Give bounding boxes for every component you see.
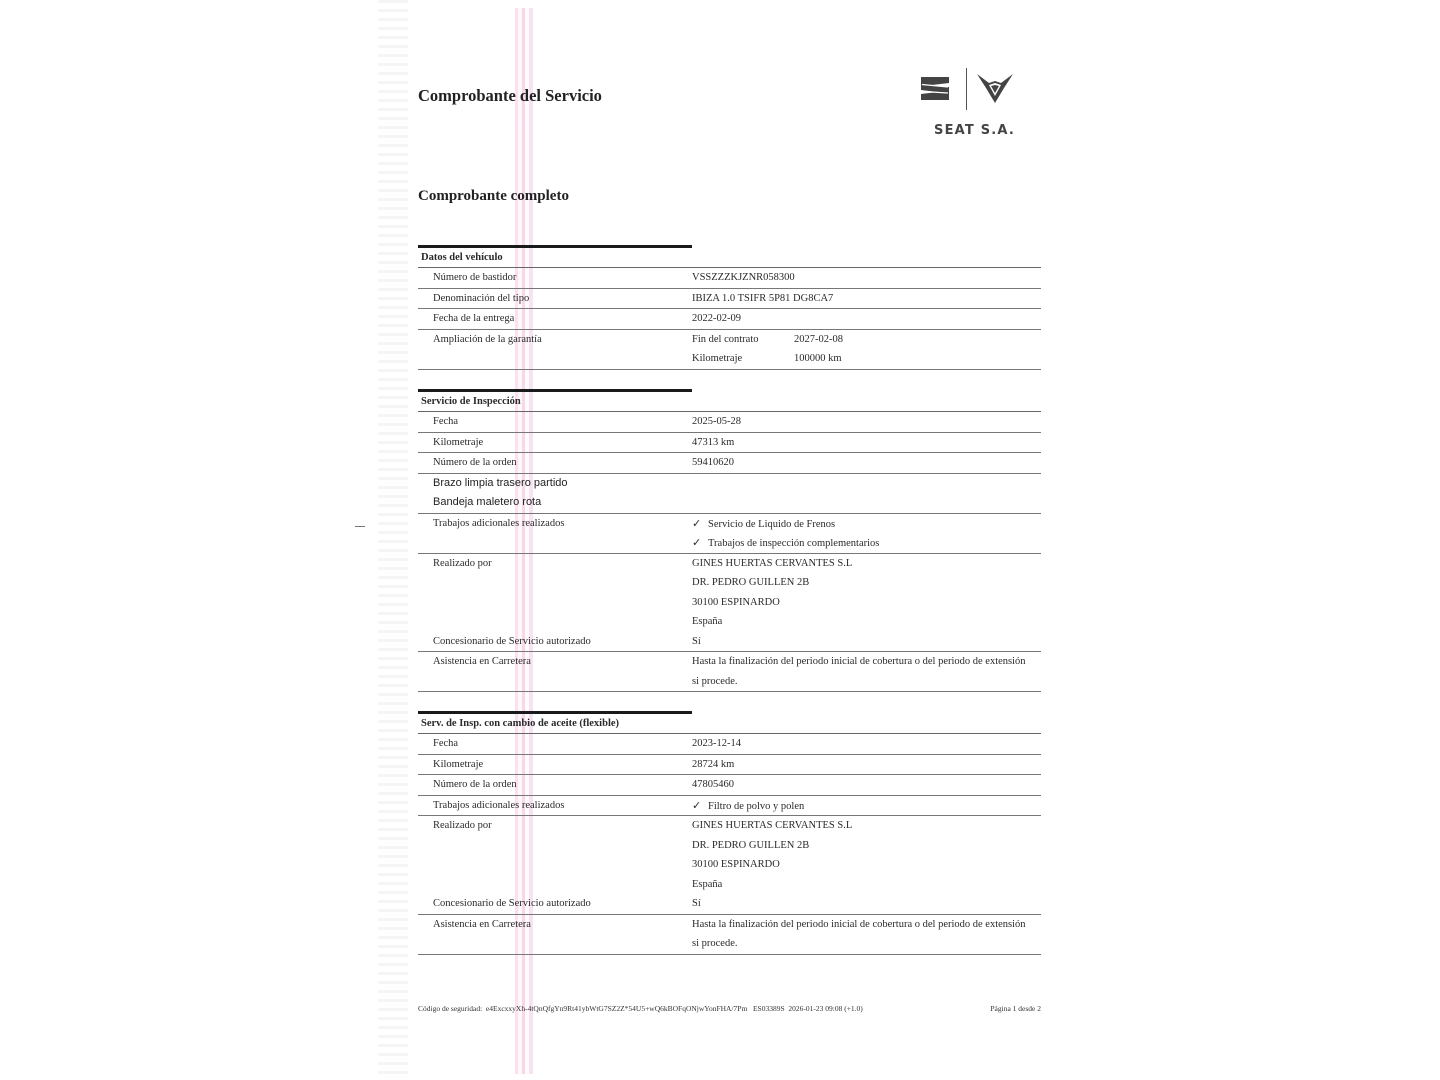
- row-value: IBIZA 1.0 TSIFR 5P81 DG8CA7: [692, 289, 1041, 309]
- assistance-text: Hasta la finalización del periodo inicia…: [692, 915, 1041, 935]
- row-label: Realizado por: [418, 816, 692, 836]
- table-row-performed-by: Realizado por GINES HUERTAS CERVANTES S.…: [418, 816, 1041, 894]
- table-row: Concesionario de Servicio autorizado Sí: [418, 894, 1041, 915]
- table-row: Concesionario de Servicio autorizado Sí: [418, 632, 1041, 653]
- row-value: 47805460: [692, 775, 1041, 795]
- page-sep: desde: [1018, 1004, 1035, 1013]
- row-label: Denominación del tipo: [418, 289, 692, 309]
- row-label: Número de la orden: [418, 453, 692, 473]
- row-value: 47313 km: [692, 433, 1041, 453]
- row-value: VSSZZZKJZNR058300: [692, 268, 1041, 288]
- row-label: Asistencia en Carretera: [418, 915, 692, 935]
- row-value: 2022-02-09: [692, 309, 1041, 329]
- assistance-text: si procede.: [692, 672, 1041, 692]
- margin-mark: [355, 526, 365, 527]
- row-value: 2025-05-28: [692, 412, 1041, 432]
- dealer-country: España: [692, 875, 1041, 895]
- table-row: Denominación del tipo IBIZA 1.0 TSIFR 5P…: [418, 289, 1041, 310]
- table-row: Número de bastidor VSSZZZKJZNR058300: [418, 268, 1041, 289]
- table-row: Número de la orden 47805460: [418, 775, 1041, 796]
- dealer-city: 30100 ESPINARDO: [692, 593, 1041, 613]
- row-label: Concesionario de Servicio autorizado: [418, 632, 692, 652]
- table-row-additional: Trabajos adicionales realizados ✓Servici…: [418, 514, 1041, 554]
- row-value: 2023-12-14: [692, 734, 1041, 754]
- check-icon: ✓: [692, 514, 708, 534]
- row-label: Realizado por: [418, 554, 692, 574]
- row-value: 28724 km: [692, 755, 1041, 775]
- dealer-country: España: [692, 612, 1041, 632]
- inspection-note: Brazo limpia trasero partido: [433, 474, 1041, 494]
- warranty-km-value: 100000 km: [794, 349, 842, 369]
- additional-item: Filtro de polvo y polen: [708, 801, 804, 812]
- dealer-name: GINES HUERTAS CERVANTES S.L: [692, 554, 1041, 574]
- row-label: Fecha: [418, 412, 692, 432]
- row-label: Asistencia en Carretera: [418, 652, 692, 672]
- page-current: 1: [1013, 1004, 1017, 1013]
- table-row: Kilometraje 47313 km: [418, 433, 1041, 454]
- row-value: Sí: [692, 894, 1041, 914]
- security-code: e4ExcxxyXh-4tQnQfgYn9Rt41ybWtG7SZ2Z*54U5…: [486, 1004, 747, 1013]
- table-row-notes: Brazo limpia trasero partido Bandeja mal…: [418, 474, 1041, 514]
- table-row: Fecha 2025-05-28: [418, 412, 1041, 433]
- row-value: 59410620: [692, 453, 1041, 473]
- brand-logo: SEAT S.A.: [918, 66, 1018, 146]
- table-row: Kilometraje 28724 km: [418, 755, 1041, 776]
- company-name: SEAT S.A.: [934, 123, 1015, 138]
- timestamp: 2026-01-23 09:08 (+1.0): [788, 1004, 862, 1013]
- dealer-address: DR. PEDRO GUILLEN 2B: [692, 573, 1041, 593]
- table-row-assistance: Asistencia en Carretera Hasta la finaliz…: [418, 915, 1041, 955]
- table-row: Fecha 2023-12-14: [418, 734, 1041, 755]
- page-subtitle: Comprobante completo: [418, 188, 569, 205]
- seat-logo-icon: [920, 76, 950, 101]
- page-total: 2: [1037, 1004, 1041, 1013]
- row-label: Kilometraje: [418, 755, 692, 775]
- section-inspection: Servicio de Inspección Fecha 2025-05-28 …: [418, 389, 1041, 692]
- section-title: Servicio de Inspección: [418, 392, 1041, 412]
- row-label: Número de bastidor: [418, 268, 692, 288]
- row-label: Concesionario de Servicio autorizado: [418, 894, 692, 914]
- section-vehicle: Datos del vehículo Número de bastidor VS…: [418, 245, 1041, 370]
- document-id: ES03389S: [753, 1004, 785, 1013]
- row-label: Fecha de la entrega: [418, 309, 692, 329]
- dealer-city: 30100 ESPINARDO: [692, 855, 1041, 875]
- page-title: Comprobante del Servicio: [418, 86, 602, 106]
- row-value: Sí: [692, 632, 1041, 652]
- section-oil-service: Serv. de Insp. con cambio de aceite (fle…: [418, 711, 1041, 955]
- table-row-additional: Trabajos adicionales realizados ✓Filtro …: [418, 796, 1041, 817]
- check-icon: ✓: [692, 533, 708, 553]
- table-row-warranty: Ampliación de la garantía Fin del contra…: [418, 330, 1041, 370]
- row-label: Número de la orden: [418, 775, 692, 795]
- row-label: Fecha: [418, 734, 692, 754]
- section-title: Datos del vehículo: [418, 248, 1041, 268]
- scan-artifact: [378, 0, 408, 1080]
- security-label: Código de seguridad:: [418, 1004, 482, 1013]
- assistance-text: Hasta la finalización del periodo inicia…: [692, 652, 1041, 672]
- row-label: Ampliación de la garantía: [418, 330, 692, 350]
- cupra-logo-icon: [976, 72, 1014, 104]
- warranty-end-value: 2027-02-08: [794, 330, 843, 350]
- warranty-end-label: Fin del contrato: [692, 330, 794, 350]
- warranty-km-label: Kilometraje: [692, 349, 794, 369]
- table-row-performed-by: Realizado por GINES HUERTAS CERVANTES S.…: [418, 554, 1041, 632]
- check-icon: ✓: [692, 796, 708, 816]
- inspection-note: Bandeja maletero rota: [433, 493, 1041, 513]
- row-label: Trabajos adicionales realizados: [418, 514, 692, 534]
- additional-item: Trabajos de inspección complementarios: [708, 538, 879, 549]
- page-number: Página 1 desde 2: [990, 1004, 1041, 1013]
- section-title: Serv. de Insp. con cambio de aceite (fle…: [418, 714, 1041, 734]
- dealer-address: DR. PEDRO GUILLEN 2B: [692, 836, 1041, 856]
- row-label: Kilometraje: [418, 433, 692, 453]
- table-row-assistance: Asistencia en Carretera Hasta la finaliz…: [418, 652, 1041, 692]
- additional-item: Servicio de Liquido de Frenos: [708, 519, 835, 530]
- security-info: Código de seguridad: e4ExcxxyXh-4tQnQfgY…: [418, 1004, 863, 1013]
- logo-divider: [966, 68, 967, 110]
- row-label: Trabajos adicionales realizados: [418, 796, 692, 816]
- table-row: Número de la orden 59410620: [418, 453, 1041, 474]
- page-label: Página: [990, 1004, 1010, 1013]
- page-footer: Código de seguridad: e4ExcxxyXh-4tQnQfgY…: [418, 1004, 1041, 1013]
- assistance-text: si procede.: [692, 934, 1041, 954]
- table-row: Fecha de la entrega 2022-02-09: [418, 309, 1041, 330]
- dealer-name: GINES HUERTAS CERVANTES S.L: [692, 816, 1041, 836]
